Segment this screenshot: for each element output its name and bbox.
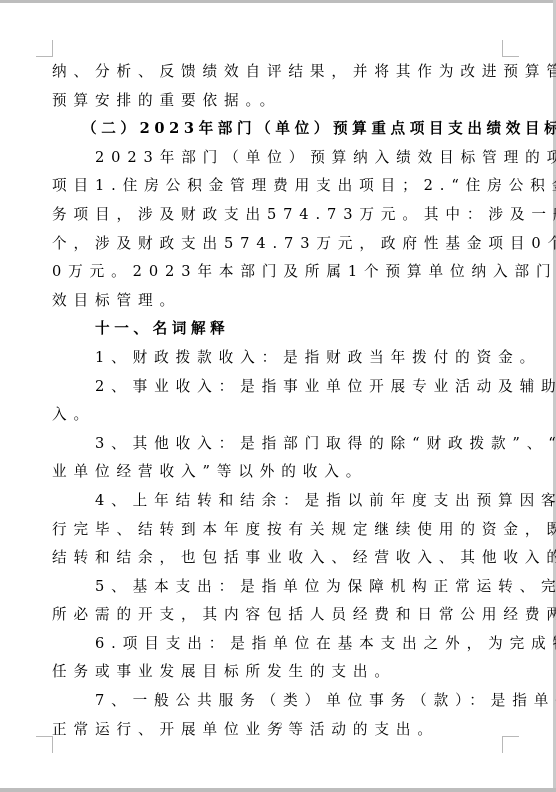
page-number: 12 <box>270 722 286 730</box>
paragraph-line: 效目标管理。 <box>52 287 504 316</box>
paragraph-line: 个，涉及财政支出574.73万元，政府性基金项目0个，涉及财政支出 <box>52 230 504 259</box>
section-heading-performance-goals: （二）2023年部门（单位）预算重点项目支出绩效目标情况。 <box>52 115 504 144</box>
glossary-item-5-cont: 所必需的开支，其内容包括人员经费和日常公用经费两部分。 <box>52 601 504 630</box>
glossary-item-1: 1、财政拨款收入：是指财政当年拨付的资金。 <box>52 344 504 373</box>
glossary-item-4-cont: 结转和结余，也包括事业收入、经营收入、其他收入的结转和结余。 <box>52 544 504 573</box>
paragraph-line: 2023年部门（单位）预算纳入绩效目标管理的项目2个，主要有 <box>52 144 504 173</box>
paragraph-line: 项目1.住房公积金管理费用支出项目；2.“住房公积金综窗业务”服 <box>52 172 504 201</box>
glossary-item-3: 3、其他收入：是指部门取得的除“财政拨款”、“事业收入”、 “事 <box>52 430 504 459</box>
glossary-item-2: 2、事业收入：是指事业单位开展专业活动及辅助活动所取得的收 <box>52 373 504 402</box>
viewer-bottom-border <box>0 788 556 792</box>
glossary-item-4: 4、上年结转和结余：是指以前年度支出预算因客观条件变化未执 <box>52 487 504 516</box>
glossary-item-7: 7、一般公共服务（类）单位事务（款）：是指单位用于保障机构 <box>52 687 504 716</box>
glossary-item-5: 5、基本支出：是指单位为保障机构正常运转、完成日常工作任务 <box>52 573 504 602</box>
viewer-top-border <box>0 0 556 3</box>
paragraph-line: 纳、分析、反馈绩效自评结果，并将其作为改进预算管理和以后年度 <box>52 58 504 87</box>
glossary-item-6-cont: 任务或事业发展目标所发生的支出。 <box>52 658 504 687</box>
glossary-item-4-cont: 行完毕、结转到本年度按有关规定继续使用的资金，既包括财政拨款 <box>52 516 504 545</box>
glossary-item-6: 6.项目支出：是指单位在基本支出之外，为完成特定的行政工作 <box>52 630 504 659</box>
glossary-item-2-cont: 入。 <box>52 401 504 430</box>
paragraph-line: 预算安排的重要依据。。 <box>52 87 504 116</box>
paragraph-line: 0万元。2023年本部门及所属1个预算单位纳入部门预算整体支出绩 <box>52 258 504 287</box>
section-heading-glossary: 十一、名词解释 <box>52 315 504 344</box>
paragraph-line: 务项目，涉及财政支出574.73万元。其中：涉及一般公共预算项目 <box>52 201 504 230</box>
glossary-item-3-cont: 业单位经营收入”等以外的收入。 <box>52 458 504 487</box>
page-body: 纳、分析、反馈绩效自评结果，并将其作为改进预算管理和以后年度 预算安排的重要依据… <box>52 58 504 744</box>
